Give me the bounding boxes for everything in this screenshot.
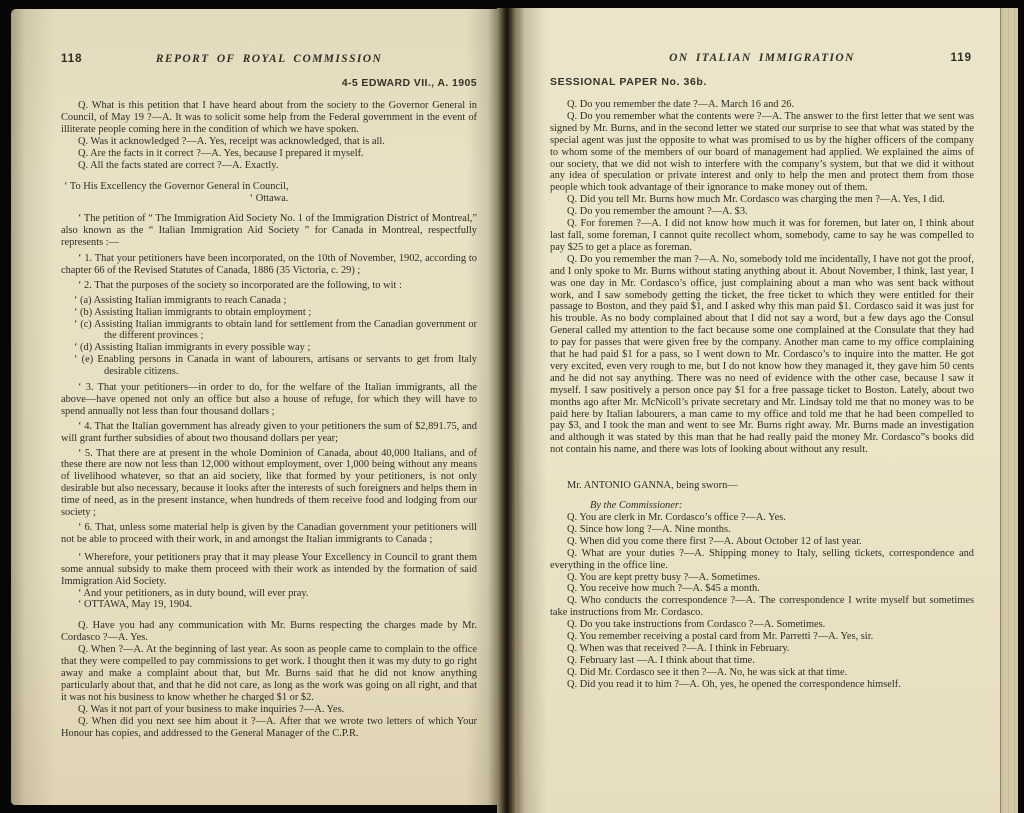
paragraph: Q. Are the facts in it correct ?—A. Yes,…	[61, 148, 477, 160]
right-running-title: ON ITALIAN IMMIGRATION	[550, 52, 974, 64]
paragraph: Q. Do you remember the amount ?—A. $3.	[550, 206, 974, 218]
paragraph: Q. Since how long ?—A. Nine months.	[550, 524, 974, 536]
paragraph: ‘ OTTAWA, May 19, 1904.	[61, 599, 477, 611]
left-page-number: 118	[61, 53, 83, 65]
paragraph: Q. Was it not part of your business to m…	[61, 704, 477, 716]
paragraph: Q. Who conducts the correspondence ?—A. …	[550, 595, 974, 619]
paragraph: Q. You remember receiving a postal card …	[550, 631, 974, 643]
paragraph: ‘ 1. That your petitioners have been inc…	[61, 253, 477, 277]
paragraph: ‘ Wherefore, your petitioners pray that …	[61, 552, 477, 588]
paragraph: Mr. ANTONIO GANNA, being sworn—	[550, 480, 974, 492]
paragraph: ‘ (d) Assisting Italian immigrants in ev…	[104, 342, 477, 354]
paragraph: Q. What are your duties ?—A. Shipping mo…	[550, 548, 974, 572]
paragraph: ‘ 2. That the purposes of the society so…	[61, 280, 477, 292]
paragraph: ‘ The petition of “ The Immigration Aid …	[61, 213, 477, 249]
paragraph: Q. February last —A. I think about that …	[550, 655, 974, 667]
paragraph: Q. You receive how much ?—A. $45 a month…	[550, 583, 974, 595]
right-page: ON ITALIAN IMMIGRATION 119 SESSIONAL PAP…	[517, 8, 1018, 813]
left-page: 118 REPORT OF ROYAL COMMISSION 4-5 EDWAR…	[11, 9, 497, 805]
paragraph: By the Commissioner:	[550, 500, 974, 512]
paragraph: Q. When did you come there first ?—A. Ab…	[550, 536, 974, 548]
paragraph: ‘ 5. That there are at present in the wh…	[61, 448, 477, 519]
right-page-number: 119	[950, 52, 972, 64]
paragraph: Q. Have you had any communication with M…	[61, 620, 477, 644]
paragraph: ‘ Ottawa.	[61, 193, 477, 205]
paragraph: Q. You are kept pretty busy ?—A. Sometim…	[550, 572, 974, 584]
book-scan-background: { "colors": { "background": "#070707", "…	[0, 0, 1024, 813]
book-binding-gutter	[497, 8, 517, 813]
right-page-body: Q. Do you remember the date ?—A. March 1…	[517, 99, 1018, 691]
paragraph: Q. For foremen ?—A. I did not know how m…	[550, 218, 974, 254]
paragraph: Q. When ?—A. At the beginning of last ye…	[61, 644, 477, 704]
sessional-paper-line: SESSIONAL PAPER No. 36b.	[517, 76, 1018, 88]
paragraph: Q. When was that received ?—A. I think i…	[550, 643, 974, 655]
left-page-body: Q. What is this petition that I have hea…	[11, 100, 497, 739]
paragraph: ‘ (e) Enabling persons in Canada in want…	[104, 354, 477, 378]
paragraph: ‘ (c) Assisting Italian immigrants to ob…	[104, 319, 477, 343]
paragraph: Q. Was it acknowledged ?—A. Yes, receipt…	[61, 136, 477, 148]
paragraph: Q. Do you remember the man ?—A. No, some…	[550, 254, 974, 456]
page-fore-edge	[1000, 8, 1018, 813]
paragraph: ‘ 4. That the Italian government has alr…	[61, 421, 477, 445]
paragraph: Q. Did Mr. Cordasco see it then ?—A. No,…	[550, 667, 974, 679]
paragraph: ‘ And your petitioners, as in duty bound…	[61, 588, 477, 600]
paragraph: Q. Do you remember what the contents wer…	[550, 111, 974, 194]
paragraph: Q. You are clerk in Mr. Cordasco’s offic…	[550, 512, 974, 524]
paragraph: Q. All the facts stated are correct ?—A.…	[61, 160, 477, 172]
paragraph: Q. What is this petition that I have hea…	[61, 100, 477, 136]
edition-line: 4-5 EDWARD VII., A. 1905	[11, 77, 497, 89]
paragraph: Q. Do you remember the date ?—A. March 1…	[550, 99, 974, 111]
paragraph: Q. Do you take instructions from Cordasc…	[550, 619, 974, 631]
left-page-header: 118 REPORT OF ROYAL COMMISSION	[11, 53, 497, 68]
paragraph: Q. Did you read it to him ?—A. Oh, yes, …	[550, 679, 974, 691]
paragraph: ‘ 3. That your petitioners—in order to d…	[61, 382, 477, 418]
right-page-header: ON ITALIAN IMMIGRATION 119	[517, 52, 1018, 67]
paragraph: Q. When did you next see him about it ?—…	[61, 716, 477, 740]
paragraph: ‘ 6. That, unless some material help is …	[61, 522, 477, 546]
paragraph: ‘ (b) Assisting Italian immigrants to ob…	[104, 307, 477, 319]
paragraph: ‘ To His Excellency the Governor General…	[61, 181, 477, 193]
paragraph: Q. Did you tell Mr. Burns how much Mr. C…	[550, 194, 974, 206]
left-running-title: REPORT OF ROYAL COMMISSION	[61, 53, 477, 65]
paragraph: ‘ (a) Assisting Italian immigrants to re…	[104, 295, 477, 307]
